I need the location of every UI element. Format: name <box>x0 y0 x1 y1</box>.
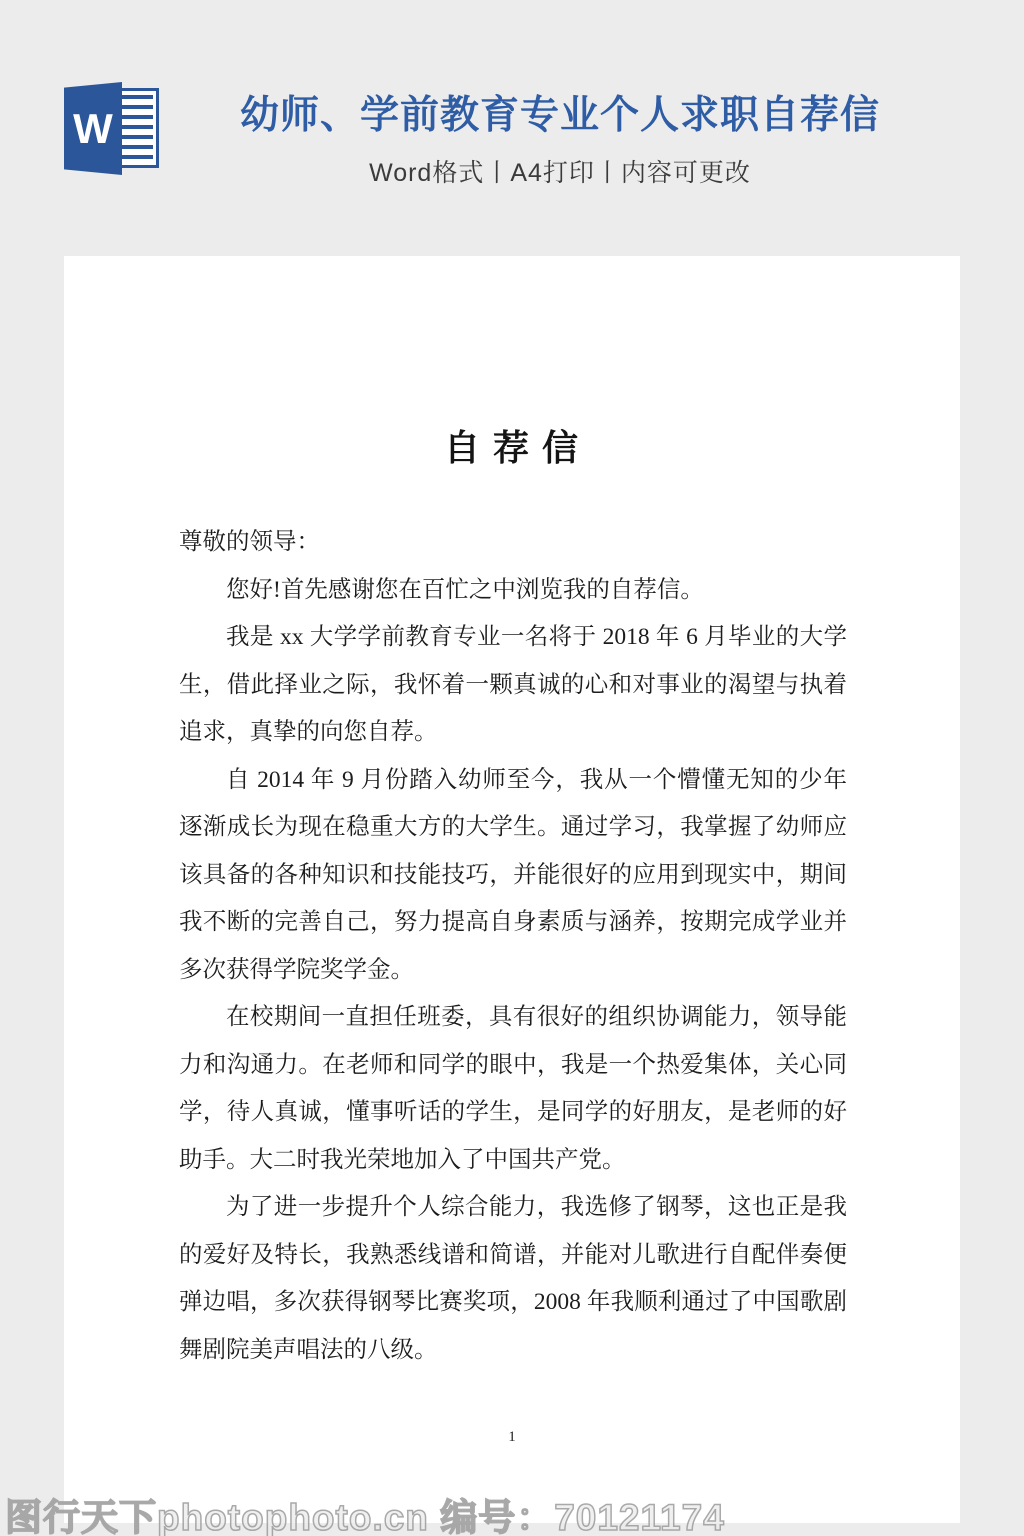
paragraph: 为了进一步提升个人综合能力，我选修了钢琴，这也正是我的爱好及特长，我熟悉线谱和简… <box>179 1184 847 1374</box>
paragraph: 在校期间一直担任班委，具有很好的组织协调能力，领导能力和沟通力。在老师和同学的眼… <box>179 994 847 1184</box>
template-subtitle: Word格式丨A4打印丨内容可更改 <box>96 153 1024 189</box>
document-title: 自 荐 信 <box>64 256 960 471</box>
document-body: 尊敬的领导： 您好!首先感谢您在百忙之中浏览我的自荐信。我是 xx 大学学前教育… <box>179 519 847 1374</box>
paragraph: 自 2014 年 9 月份踏入幼师至今，我从一个懵懂无知的少年逐渐成长为现在稳重… <box>179 757 847 995</box>
document-page: 自 荐 信 尊敬的领导： 您好!首先感谢您在百忙之中浏览我的自荐信。我是 xx … <box>64 256 960 1523</box>
template-preview: W 幼师、学前教育专业个人求职自荐信 Word格式丨A4打印丨内容可更改 自 荐… <box>0 0 1024 1536</box>
header: W 幼师、学前教育专业个人求职自荐信 Word格式丨A4打印丨内容可更改 <box>0 0 1024 256</box>
header-text: 幼师、学前教育专业个人求职自荐信 Word格式丨A4打印丨内容可更改 <box>96 94 1024 189</box>
paragraphs: 您好!首先感谢您在百忙之中浏览我的自荐信。我是 xx 大学学前教育专业一名将于 … <box>179 567 847 1375</box>
paragraph: 我是 xx 大学学前教育专业一名将于 2018 年 6 月毕业的大学生，借此择业… <box>179 614 847 757</box>
paragraph: 您好!首先感谢您在百忙之中浏览我的自荐信。 <box>179 567 847 615</box>
watermark: 图行天下photophoto.cn 编号：70121174 <box>5 1487 725 1536</box>
page-number: 1 <box>64 1429 960 1446</box>
template-title: 幼师、学前教育专业个人求职自荐信 <box>96 94 1024 138</box>
salutation: 尊敬的领导： <box>179 519 847 567</box>
